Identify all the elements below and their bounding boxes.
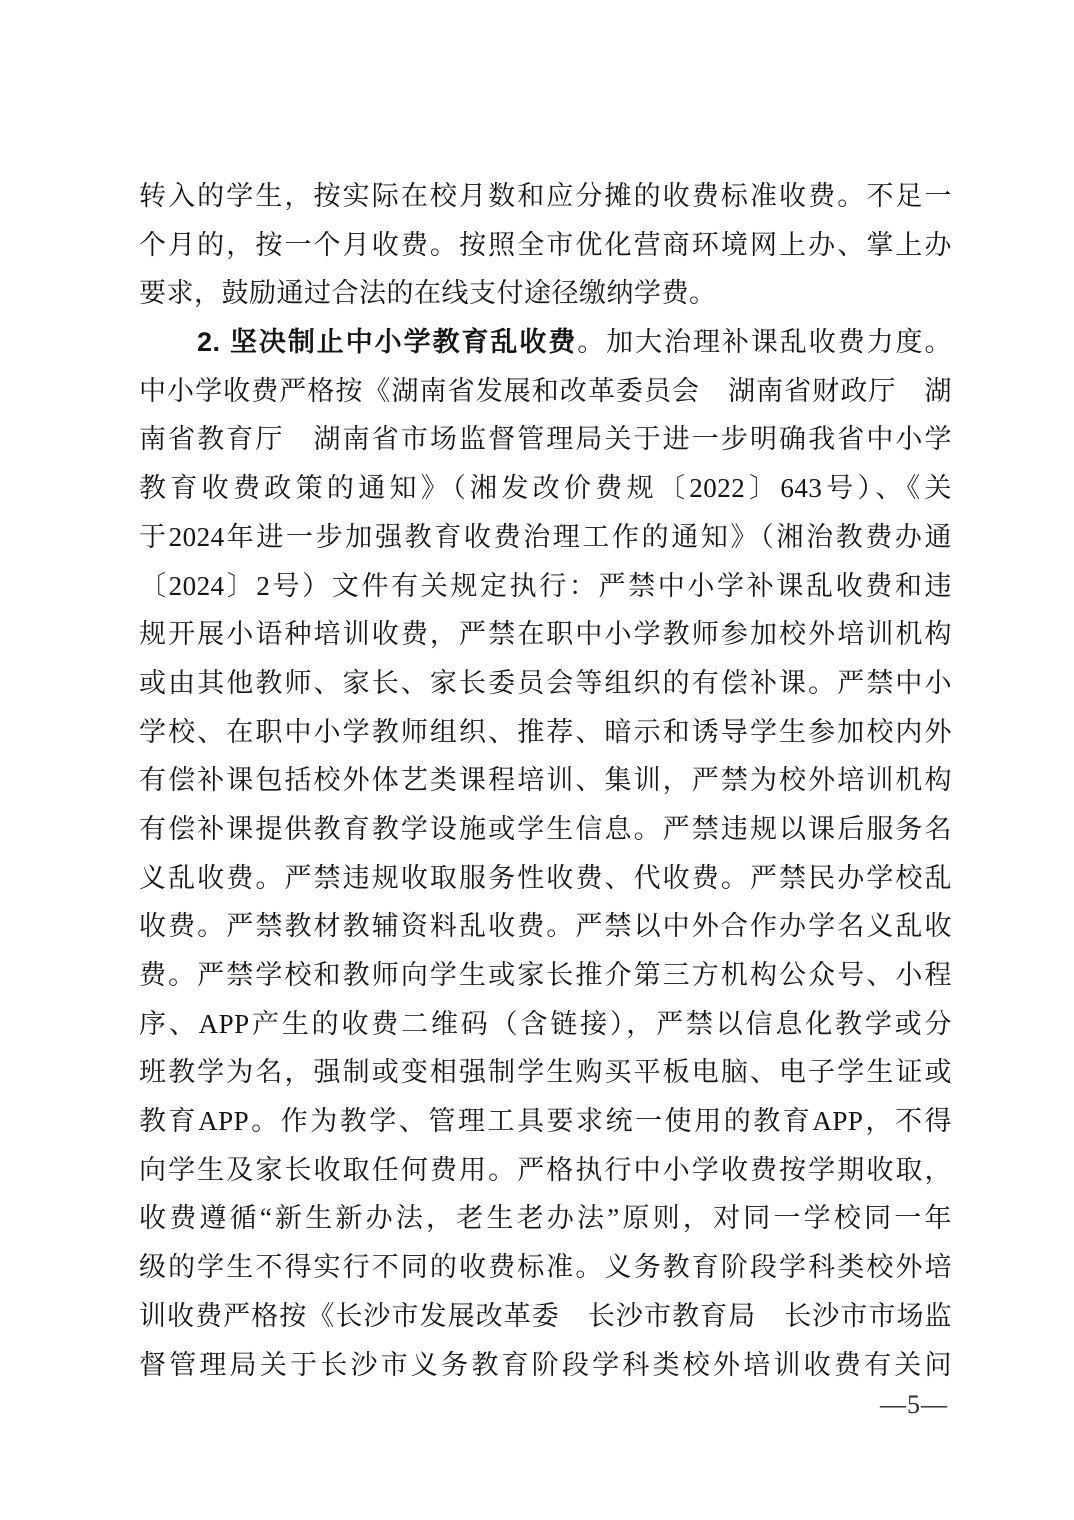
document-text-block: 转入的学生，按实际在校月数和应分摊的收费标准收费。不足一 个月的，按一个月收费。… [139, 172, 952, 1389]
text-line: 义乱收费。严禁违规收取服务性收费、代收费。严禁民办学校乱 [139, 854, 952, 903]
paragraph-2-heading-tail: 。加大治理补课乱收费力度。 [577, 327, 952, 357]
text-line: 级的学生不得实行不同的收费标准。义务教育阶段学科类校外培 [139, 1243, 952, 1292]
text-line: 有偿补课提供教育教学设施或学生信息。严禁违规以课后服务名 [139, 805, 952, 854]
text-line: 规开展小语种培训收费，严禁在职中小学教师参加校外培训机构 [139, 610, 952, 659]
paragraph-2-heading-line: 2. 坚决制止中小学教育乱收费。加大治理补课乱收费力度。 [139, 318, 952, 367]
text-line: 费。严禁学校和教师向学生或家长推介第三方机构公众号、小程 [139, 951, 952, 1000]
text-line: 督管理局关于长沙市义务教育阶段学科类校外培训收费有关问 [139, 1341, 952, 1390]
page-number: —5— [880, 1390, 948, 1420]
text-line: 收费遵循“新生新办法，老生老办法”原则，对同一学校同一年 [139, 1194, 952, 1243]
text-line: 〔2024〕2号）文件有关规定执行：严禁中小学补课乱收费和违 [139, 562, 952, 611]
text-line: 向学生及家长收取任何费用。严格执行中小学收费按学期收取， [139, 1146, 952, 1195]
text-line: 教育收费政策的通知》（湘发改价费规〔2022〕643号）、《关 [139, 464, 952, 513]
text-line: 于2024年进一步加强教育收费治理工作的通知》（湘治教费办通 [139, 513, 952, 562]
text-line: 南省教育厅 湖南省市场监督管理局关于进一步明确我省中小学 [139, 415, 952, 464]
text-line: 有偿补课包括校外体艺类课程培训、集训，严禁为校外培训机构 [139, 756, 952, 805]
text-line: 或由其他教师、家长、家长委员会等组织的有偿补课。严禁中小 [139, 659, 952, 708]
paragraph-2-heading: 2. 坚决制止中小学教育乱收费 [197, 327, 577, 357]
text-line: 教育APP。作为教学、管理工具要求统一使用的教育APP，不得 [139, 1097, 952, 1146]
text-line: 转入的学生，按实际在校月数和应分摊的收费标准收费。不足一 [139, 172, 952, 221]
document-page: 转入的学生，按实际在校月数和应分摊的收费标准收费。不足一 个月的，按一个月收费。… [0, 0, 1074, 1520]
text-line: 个月的，按一个月收费。按照全市优化营商环境网上办、掌上办 [139, 221, 952, 270]
text-line: 班教学为名，强制或变相强制学生购买平板电脑、电子学生证或 [139, 1048, 952, 1097]
text-line: 收费。严禁教材教辅资料乱收费。严禁以中外合作办学名义乱收 [139, 902, 952, 951]
text-line: 学校、在职中小学教师组织、推荐、暗示和诱导学生参加校内外 [139, 708, 952, 757]
text-line: 训收费严格按《长沙市发展改革委 长沙市教育局 长沙市市场监 [139, 1292, 952, 1341]
text-line: 序、APP产生的收费二维码（含链接），严禁以信息化教学或分 [139, 1000, 952, 1049]
text-line: 中小学收费严格按《湖南省发展和改革委员会 湖南省财政厅 湖 [139, 367, 952, 416]
text-line: 要求，鼓励通过合法的在线支付途径缴纳学费。 [139, 269, 952, 318]
